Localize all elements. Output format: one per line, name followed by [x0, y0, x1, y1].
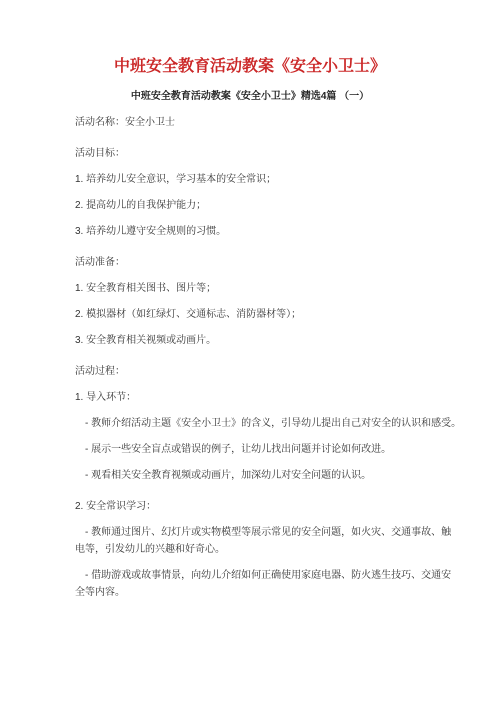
- process-step-1-point-1: - 教师介绍活动主题《安全小卫士》的含义，引导幼儿提出自己对安全的认识和感受。: [75, 415, 470, 432]
- document-subtitle: 中班安全教育活动教案《安全小卫士》精选4篇 （一）: [10, 90, 490, 104]
- activity-name: 活动名称：安全小卫士: [75, 114, 470, 131]
- process-step-2-heading: 2. 安全常识学习：: [75, 498, 470, 515]
- document-content: 中班安全教育活动教案《安全小卫士》中班安全教育活动教案《安全小卫士》精选4篇 （…: [0, 56, 500, 601]
- section-heading-process: 活动过程：: [75, 363, 470, 380]
- process-step-1-point-3: - 观看相关安全教育视频或动画片，加深幼儿对安全问题的认识。: [75, 467, 470, 484]
- document-title: 中班安全教育活动教案《安全小卫士》: [10, 56, 490, 78]
- section-heading-preparation: 活动准备：: [75, 254, 470, 271]
- goal-item-3: 3. 培养幼儿遵守安全规则的习惯。: [75, 223, 470, 240]
- goal-item-1: 1. 培养幼儿安全意识，学习基本的安全常识；: [75, 171, 470, 188]
- section-heading-goals: 活动目标：: [75, 145, 470, 162]
- preparation-item-1: 1. 安全教育相关图书、图片等；: [75, 280, 470, 297]
- process-step-1-point-2: - 展示一些安全盲点或错误的例子，让幼儿找出问题并讨论如何改进。: [75, 441, 470, 458]
- preparation-item-2: 2. 模拟器材（如红绿灯、交通标志、消防器材等）；: [75, 306, 470, 323]
- process-step-2-point-2: - 借助游戏或故事情景，向幼儿介绍如何正确使用家庭电器、防火逃生技巧、交通安 全…: [75, 567, 470, 601]
- goal-item-2: 2. 提高幼儿的自我保护能力；: [75, 197, 470, 214]
- preparation-item-3: 3. 安全教育相关视频或动画片。: [75, 332, 470, 349]
- process-step-2-point-1: - 教师通过图片、幻灯片或实物模型等展示常见的安全问题，如火灾、交通事故、触 电…: [75, 524, 470, 558]
- document-page: 中班安全教育活动教案《安全小卫士》中班安全教育活动教案《安全小卫士》精选4篇 （…: [0, 0, 500, 707]
- process-step-1-heading: 1. 导入环节：: [75, 389, 470, 406]
